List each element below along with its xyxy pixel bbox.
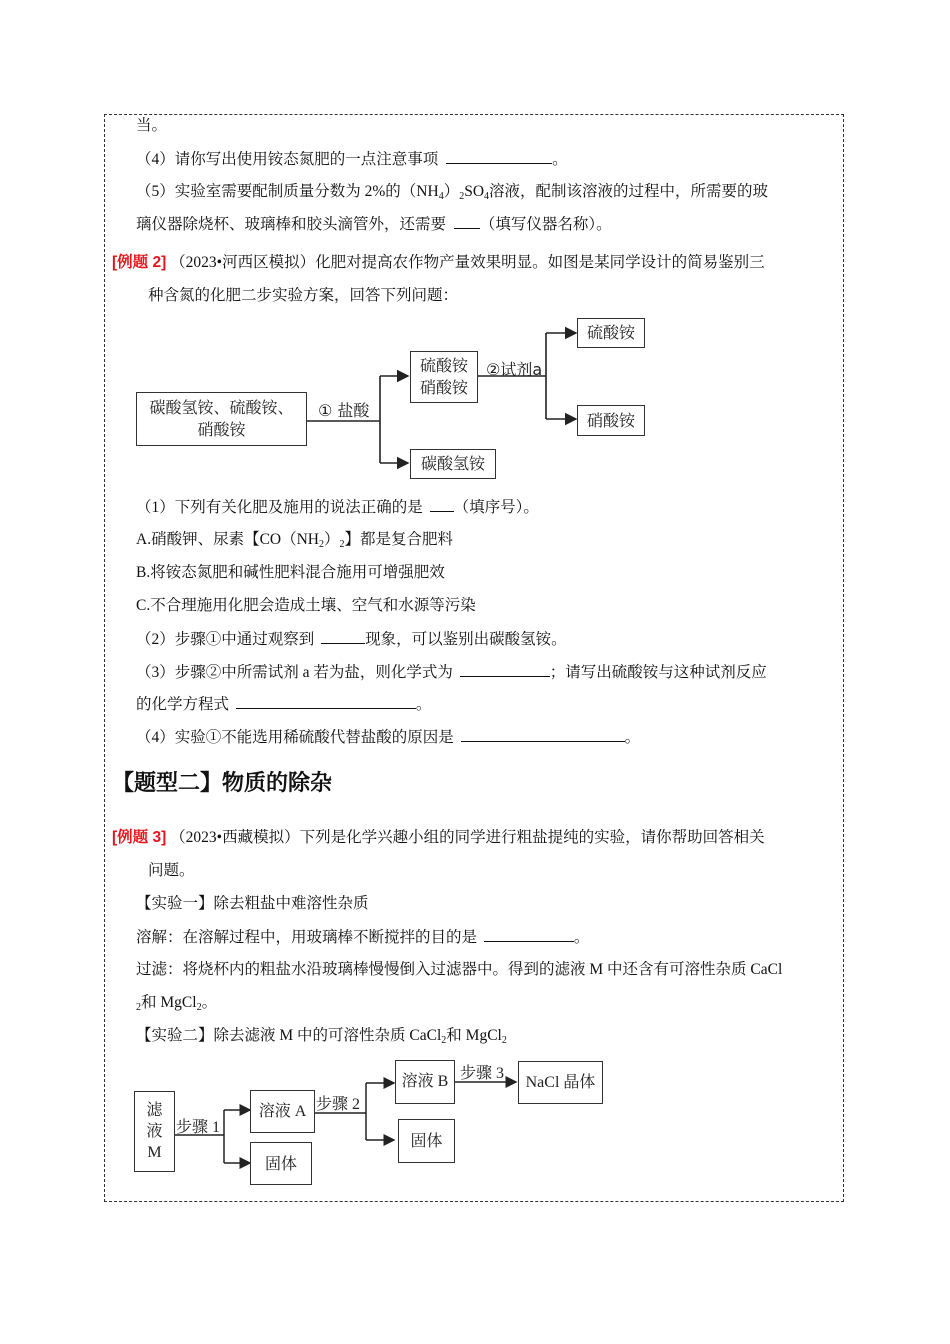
- step-2-label: 步骤 2: [316, 1091, 360, 1114]
- solution-b-box: 溶液 B: [395, 1060, 455, 1104]
- step-1-label: 步骤 1: [176, 1114, 220, 1137]
- nacl-crystal-box: NaCl 晶体: [518, 1061, 603, 1104]
- filtrate-m-box: 滤 液 M: [134, 1091, 175, 1172]
- solution-a-box: 溶液 A: [250, 1090, 315, 1133]
- step-3-label: 步骤 3: [460, 1060, 504, 1083]
- solid-box-2: 固体: [398, 1119, 455, 1163]
- solid-box-1: 固体: [250, 1142, 312, 1185]
